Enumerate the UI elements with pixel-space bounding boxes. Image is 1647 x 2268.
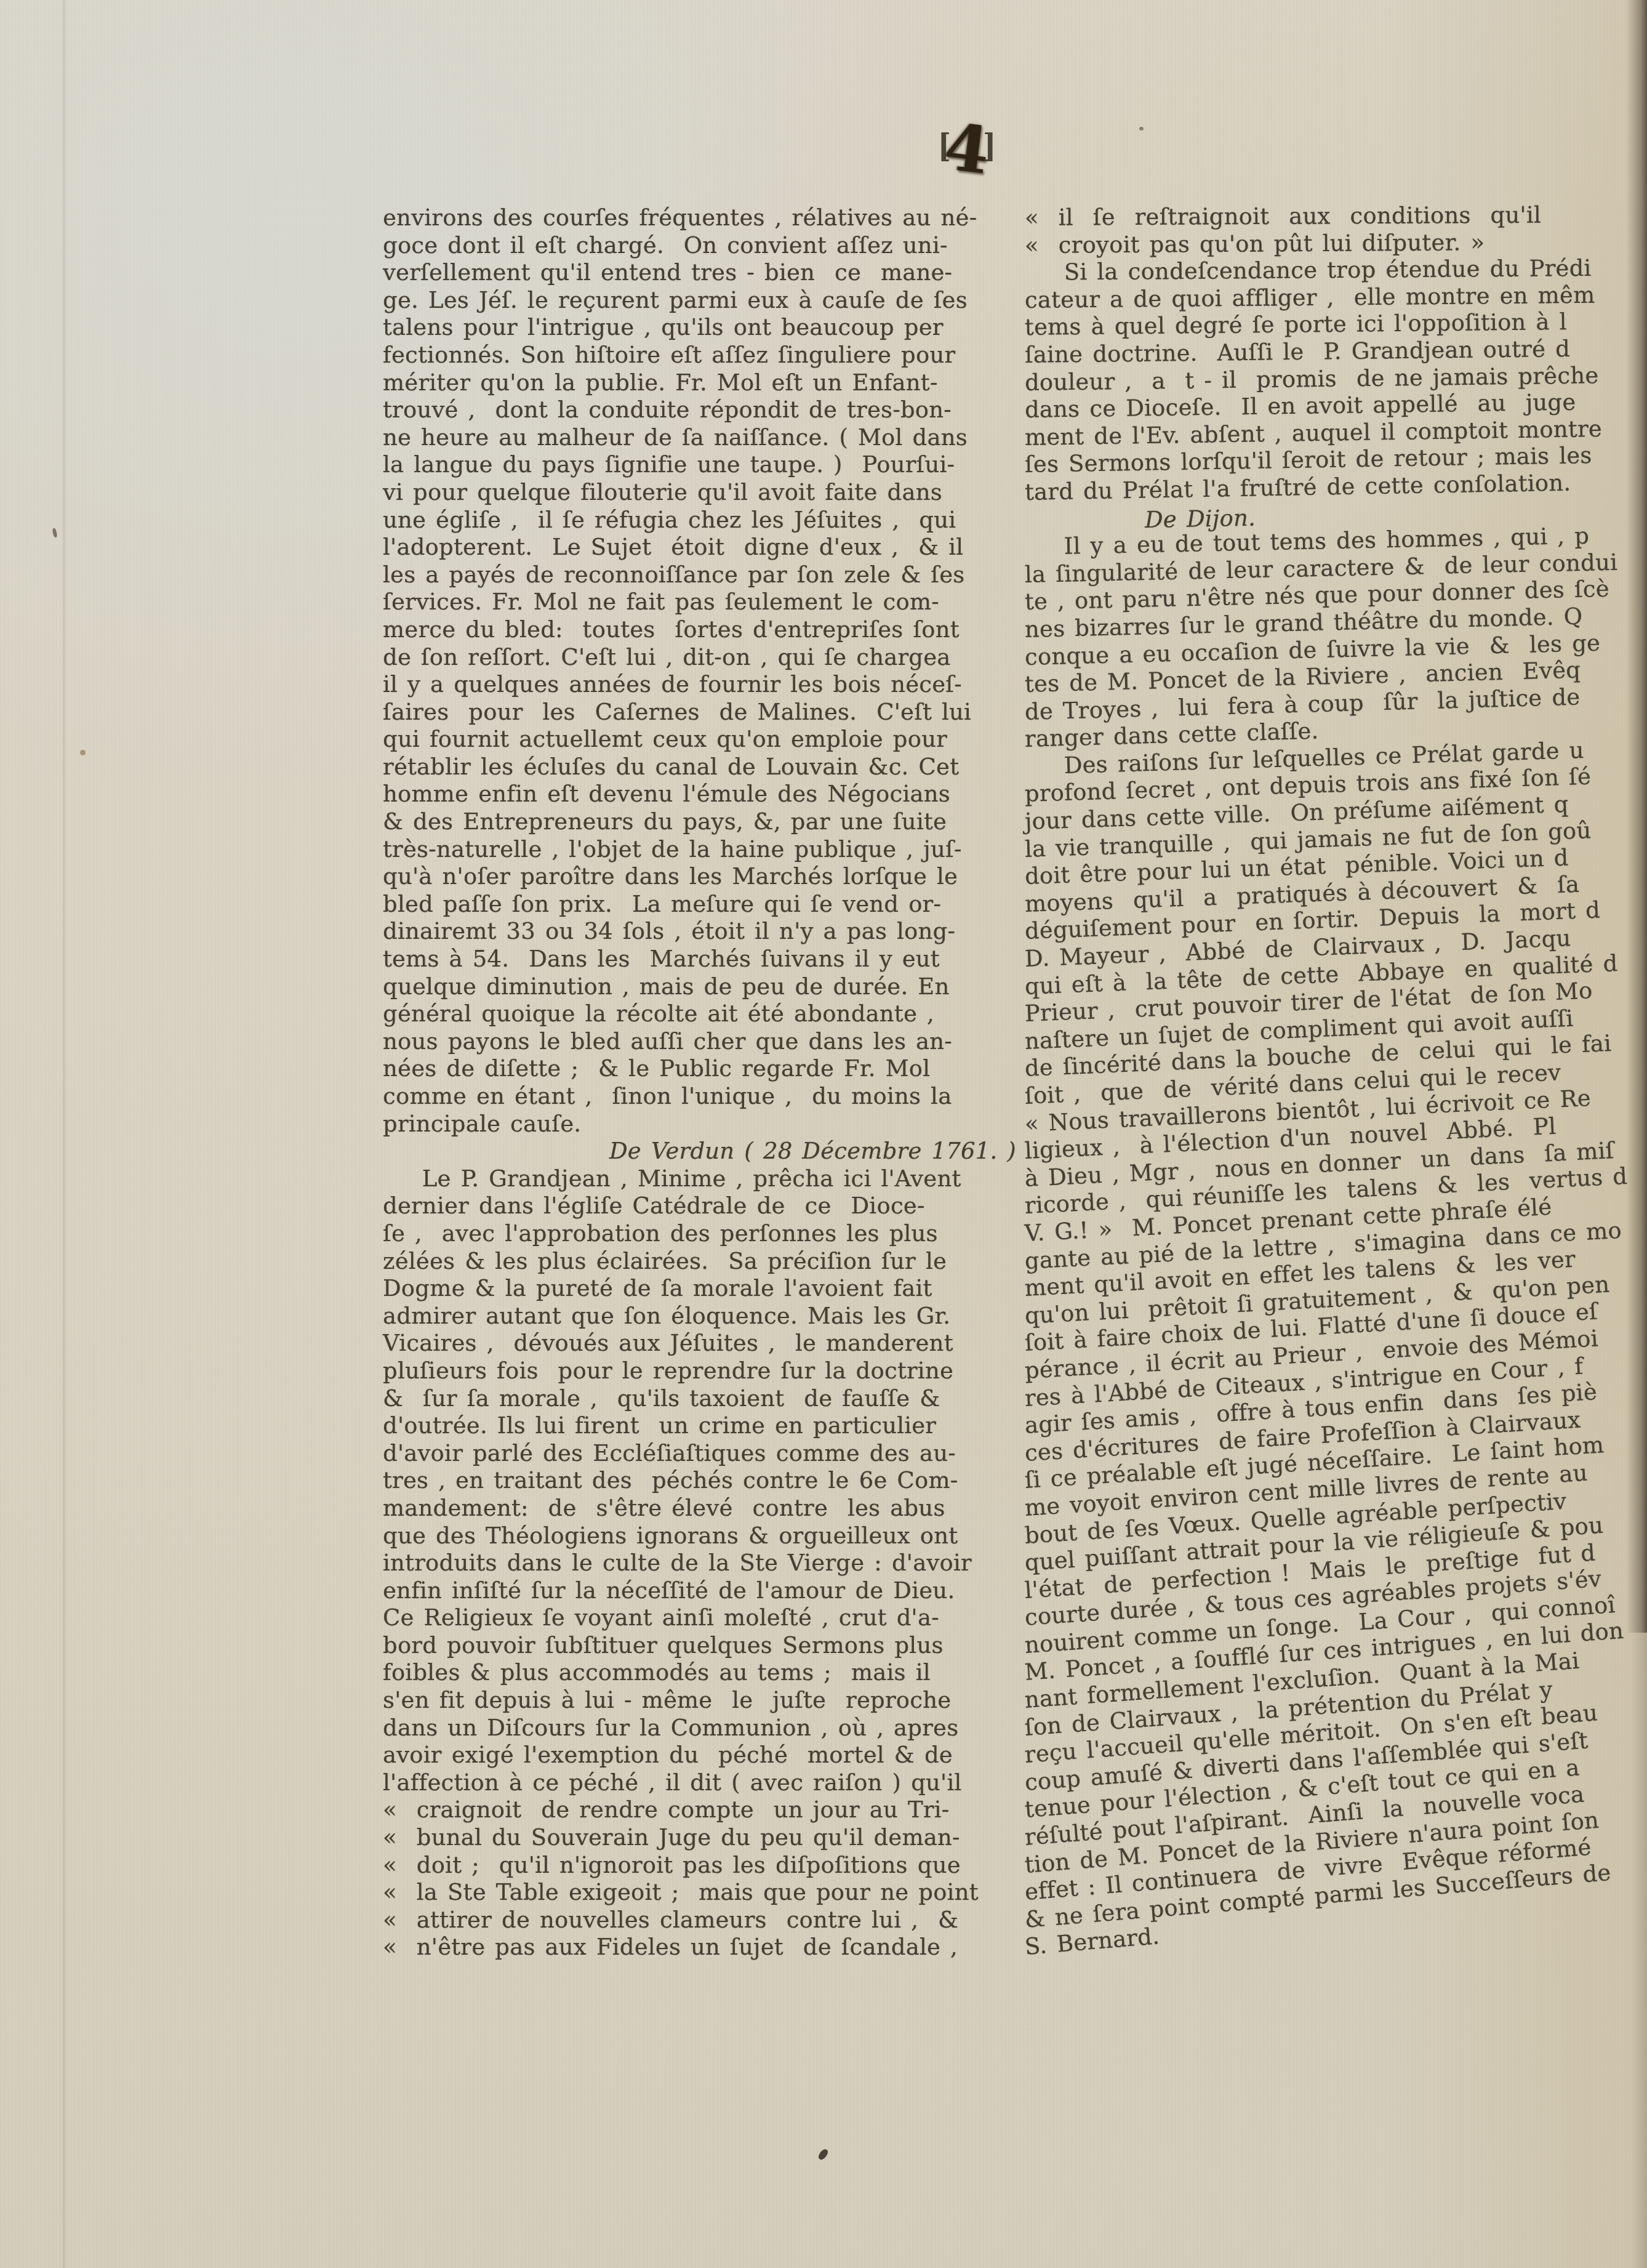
text-line: introduits dans le culte de la Ste Vierg…: [383, 1550, 1026, 1577]
text-line: avoir exigé l'exemption du péché mortel …: [383, 1742, 1026, 1769]
text-line: d'outrée. Ils lui firent un crime en par…: [383, 1412, 1026, 1440]
text-line: nous payons le bled auſſi cher que dans …: [383, 1028, 1026, 1056]
text-line: bord pouvoir ſubſtituer quelques Sermons…: [383, 1632, 1026, 1660]
text-line: très-naturelle , l'objet de la haine pub…: [383, 836, 1026, 864]
text-line: vi pour quelque filouterie qu'il avoit f…: [383, 479, 1026, 507]
text-line: que des Théologiens ignorans & orgueille…: [383, 1522, 1026, 1550]
text-line: mandement: de s'être élevé contre les ab…: [383, 1495, 1026, 1522]
text-line: l'adopterent. Le Sujet étoit digne d'eux…: [383, 534, 1026, 561]
text-line: « craignoit de rendre compte un jour au …: [383, 1796, 1026, 1824]
text-line: admirer autant que ſon éloquence. Mais l…: [383, 1303, 1026, 1330]
text-line: de ſon reſſort. C'eſt lui , dit-on , qui…: [383, 644, 1026, 672]
text-line: « la Ste Table exigeoit ; mais que pour …: [383, 1879, 1026, 1907]
gutter-shadow: [1626, 0, 1647, 1633]
text-line: ſervices. Fr. Mol ne fait pas ſeulement …: [383, 589, 1026, 616]
text-line: « bunal du Souverain Juge du peu qu'il d…: [383, 1824, 1026, 1852]
text-line: qu'à n'oſer paroître dans les Marchés lo…: [383, 863, 1026, 891]
text-line: & ſur ſa morale , qu'ils taxoient de fau…: [383, 1385, 1026, 1413]
text-line: Vicaires , dévoués aux Jéſuites , le man…: [383, 1330, 1026, 1357]
section-heading: De Verdun ( 28 Décembre 1761. ): [609, 1138, 1026, 1165]
page-number-bracket-right: ]: [983, 127, 996, 165]
ink-speck: [817, 2148, 829, 2161]
text-line: comme en étant , ſinon l'unique , du moi…: [383, 1083, 1026, 1111]
text-line: il y a quelques années de fournir les bo…: [383, 671, 1026, 699]
ink-speck: [52, 528, 58, 538]
text-line: talens pour l'intrigue , qu'ils ont beau…: [383, 314, 1026, 342]
text-line: goce dont il eſt chargé. On convient aſſ…: [383, 232, 1026, 260]
text-line: général quoique la récolte ait été abond…: [383, 1000, 1026, 1028]
text-line: une égliſe , il ſe réfugia chez les Jéſu…: [383, 507, 1026, 534]
gutter-shadow-lower: [1631, 1633, 1647, 2268]
text-line: « attirer de nouvelles clameurs contre l…: [383, 1907, 1026, 1934]
left-text-column: environs des courſes fréquentes , rélati…: [383, 204, 1026, 1961]
text-line: Dogme & la pureté de ſa morale l'avoient…: [383, 1275, 1026, 1303]
text-line: dans un Diſcours ſur la Communion , où ,…: [383, 1715, 1026, 1742]
text-line: mériter qu'on la publie. Fr. Mol eſt un …: [383, 369, 1026, 397]
page-number: [ 4 ]: [938, 108, 996, 184]
text-line: enfin inſiſté ſur la néceſſité de l'amou…: [383, 1577, 1026, 1605]
text-line: fectionnés. Son hiſtoire eſt aſſez ſingu…: [383, 342, 1026, 369]
text-line: pluſieurs fois pour le reprendre ſur la …: [383, 1357, 1026, 1385]
text-line: d'avoir parlé des Eccléſiaſtiques comme …: [383, 1440, 1026, 1468]
paper-fold-shadow: [62, 0, 66, 2268]
text-line: ge. Les Jéſ. le reçurent parmi eux à cau…: [383, 287, 1026, 315]
text-line: environs des courſes fréquentes , rélati…: [383, 204, 1026, 232]
text-line: merce du bled: toutes ſortes d'entrepriſ…: [383, 616, 1026, 644]
text-line: principale cauſe.: [383, 1111, 1026, 1138]
text-line: Ce Religieux ſe voyant ainſi moleſté , c…: [383, 1604, 1026, 1632]
text-line: ſaires pour les Caſernes de Malines. C'e…: [383, 699, 1026, 726]
text-line: ne heure au malheur de ſa naiſſance. ( M…: [383, 424, 1026, 452]
scanned-newspaper-page: [ 4 ] environs des courſes fréquentes , …: [0, 0, 1647, 2268]
right-text-column: « il ſe reſtraignoit aux conditions qu'i…: [1025, 204, 1647, 1961]
text-line: les a payés de reconnoiſſance par ſon ze…: [383, 561, 1026, 589]
text-line: « doit ; qu'il n'ignoroit pas les diſpoſ…: [383, 1852, 1026, 1880]
ink-speck: [1139, 127, 1144, 131]
text-line: s'en fit depuis à lui - même le juſte re…: [383, 1687, 1026, 1715]
text-line: « il ſe reſtraignoit aux conditions qu'i…: [1025, 201, 1647, 232]
text-line: Le P. Grandjean , Minime , prêcha ici l'…: [383, 1165, 1026, 1193]
text-line: la langue du pays ſignifie une taupe. ) …: [383, 451, 1026, 479]
text-line: rétablir les écluſes du canal de Louvain…: [383, 754, 1026, 781]
text-line: quelque diminution , mais de peu de duré…: [383, 973, 1026, 1001]
text-line: dinairemt 33 ou 34 ſols , étoit il n'y a…: [383, 918, 1026, 946]
ink-speck: [80, 750, 86, 755]
text-line: homme enfin eſt devenu l'émule des Négoc…: [383, 781, 1026, 808]
text-line: tres , en traitant des péchés contre le …: [383, 1467, 1026, 1495]
text-line: trouvé , dont la conduite répondit de tr…: [383, 396, 1026, 424]
text-line: verſellement qu'il entend tres - bien ce…: [383, 259, 1026, 287]
text-line: ſe , avec l'approbation des perſonnes le…: [383, 1220, 1026, 1248]
text-line: tems à 54. Dans les Marchés ſuivans il y…: [383, 946, 1026, 973]
text-line: l'affection à ce péché , il dit ( avec r…: [383, 1769, 1026, 1797]
text-line: dernier dans l'égliſe Catédrale de ce Di…: [383, 1192, 1026, 1220]
text-line: qui fournit actuellemt ceux qu'on emploi…: [383, 726, 1026, 754]
text-line: « n'être pas aux Fideles un ſujet de ſca…: [383, 1934, 1026, 1961]
text-line: & des Entrepreneurs du pays, &, par une …: [383, 808, 1026, 836]
text-line: nées de diſette ; & le Public regarde Fr…: [383, 1055, 1026, 1083]
text-line: zélées & les plus éclairées. Sa préciſio…: [383, 1248, 1026, 1276]
text-line: foibles & plus accommodés au tems ; mais…: [383, 1659, 1026, 1687]
text-line: bled paſſe ſon prix. La meſure qui ſe ve…: [383, 891, 1026, 919]
